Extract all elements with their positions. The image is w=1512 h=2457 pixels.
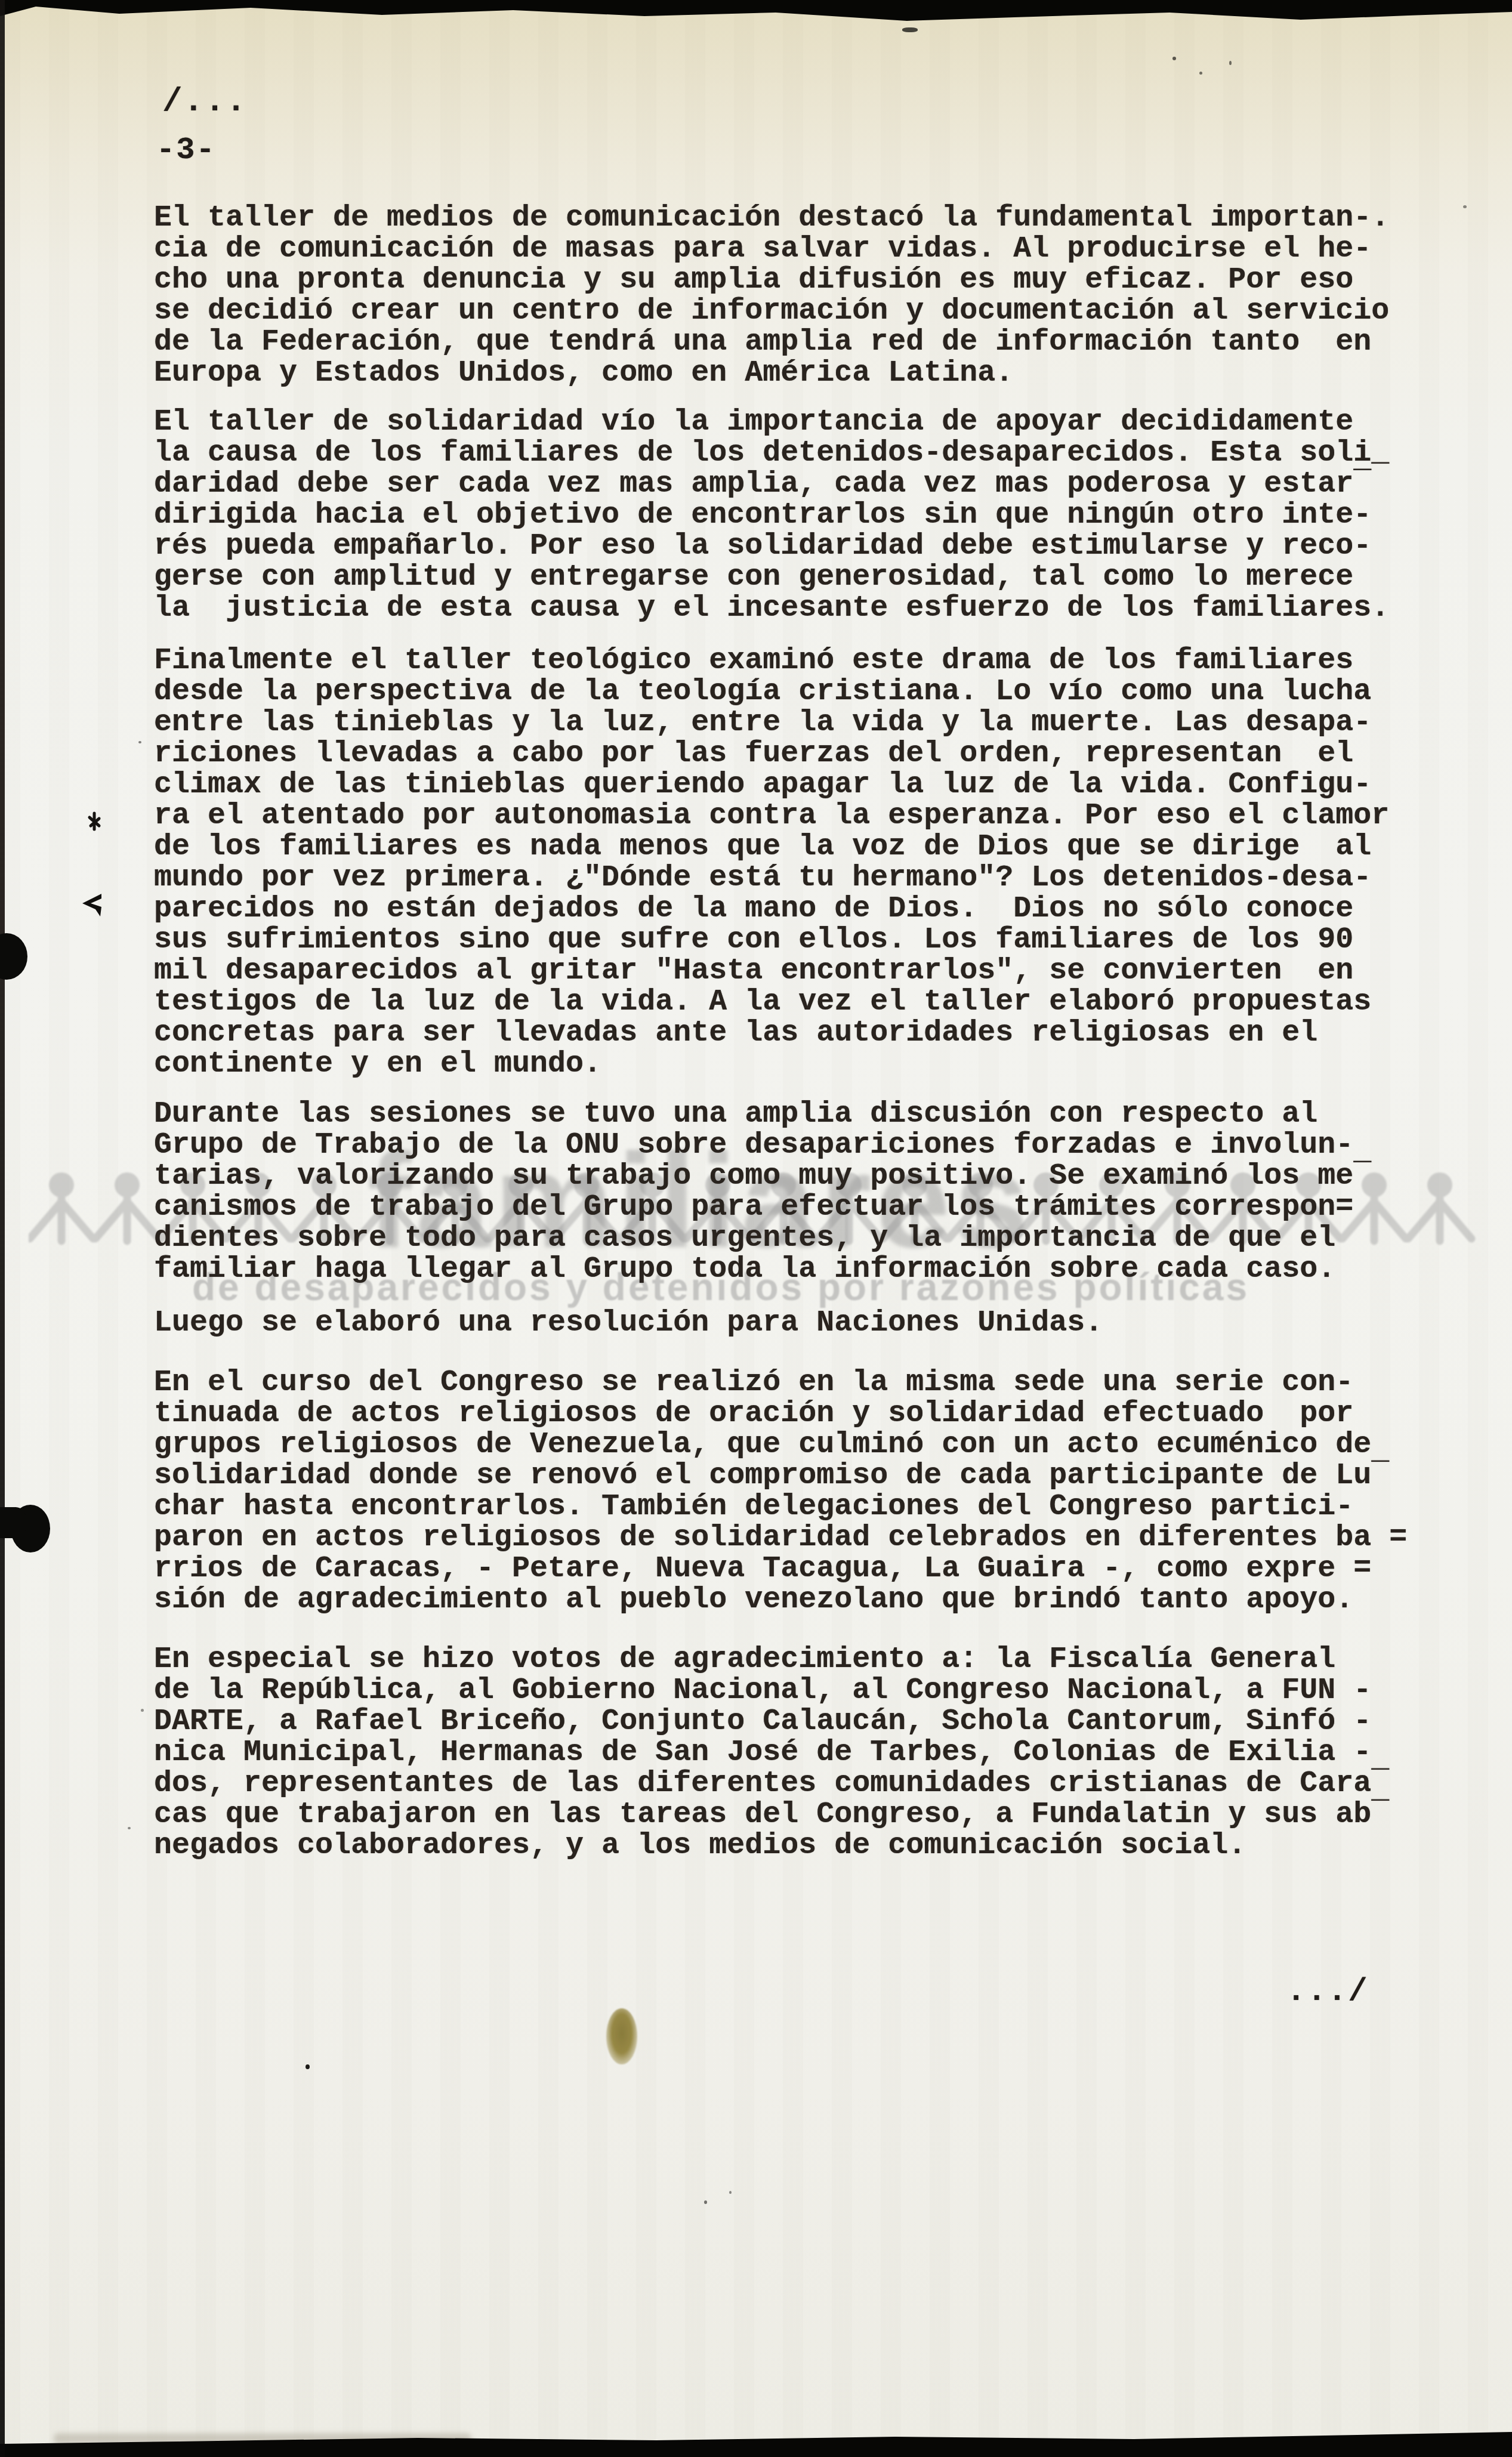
paragraph-religious-acts: En el curso del Congreso se realizó en l…	[154, 1368, 1431, 1616]
paragraph-solidarity-workshop: El taller de solidaridad vío la importan…	[154, 407, 1431, 624]
paragraph-un-working-group: Durante las sesiones se tuvo una amplia …	[154, 1099, 1431, 1285]
punch-hole-mark-icon	[0, 933, 27, 980]
ink-speck	[1199, 72, 1202, 75]
ink-splat-icon	[87, 811, 101, 832]
scan-edge-left	[0, 0, 5, 2457]
paragraph-media-workshop: El taller de medios de comunicación dest…	[154, 203, 1431, 389]
ink-speck	[902, 27, 918, 32]
arrow-left-ink-mark-icon	[78, 891, 104, 919]
scanned-document-page: familiares de desaparecidos y detenidos …	[0, 0, 1512, 2457]
paragraph-theology-workshop: Finalmente el taller teológico examinó e…	[154, 646, 1431, 1080]
paper-stain-icon	[606, 2008, 637, 2064]
continuation-mark-bottom: .../	[1286, 1974, 1369, 2010]
ink-speck	[1463, 205, 1467, 208]
ink-speck	[1229, 61, 1232, 65]
ink-speck	[704, 2200, 707, 2204]
punch-hole-mark-icon	[0, 1504, 54, 1556]
ink-speck	[141, 1709, 144, 1712]
ink-speck	[138, 741, 141, 743]
ink-speck	[306, 2064, 310, 2069]
paragraph-un-resolution: Luego se elaboró una resolución para Nac…	[154, 1308, 1431, 1339]
ink-speck	[729, 2191, 732, 2194]
page-number: -3-	[156, 132, 216, 168]
ink-speck	[1172, 57, 1176, 60]
scan-edge-top	[0, 0, 1512, 24]
continuation-mark-top: /...	[162, 82, 247, 121]
paragraph-acknowledgements: En especial se hizo votos de agradecimie…	[154, 1644, 1431, 1862]
ink-speck	[128, 1827, 131, 1829]
